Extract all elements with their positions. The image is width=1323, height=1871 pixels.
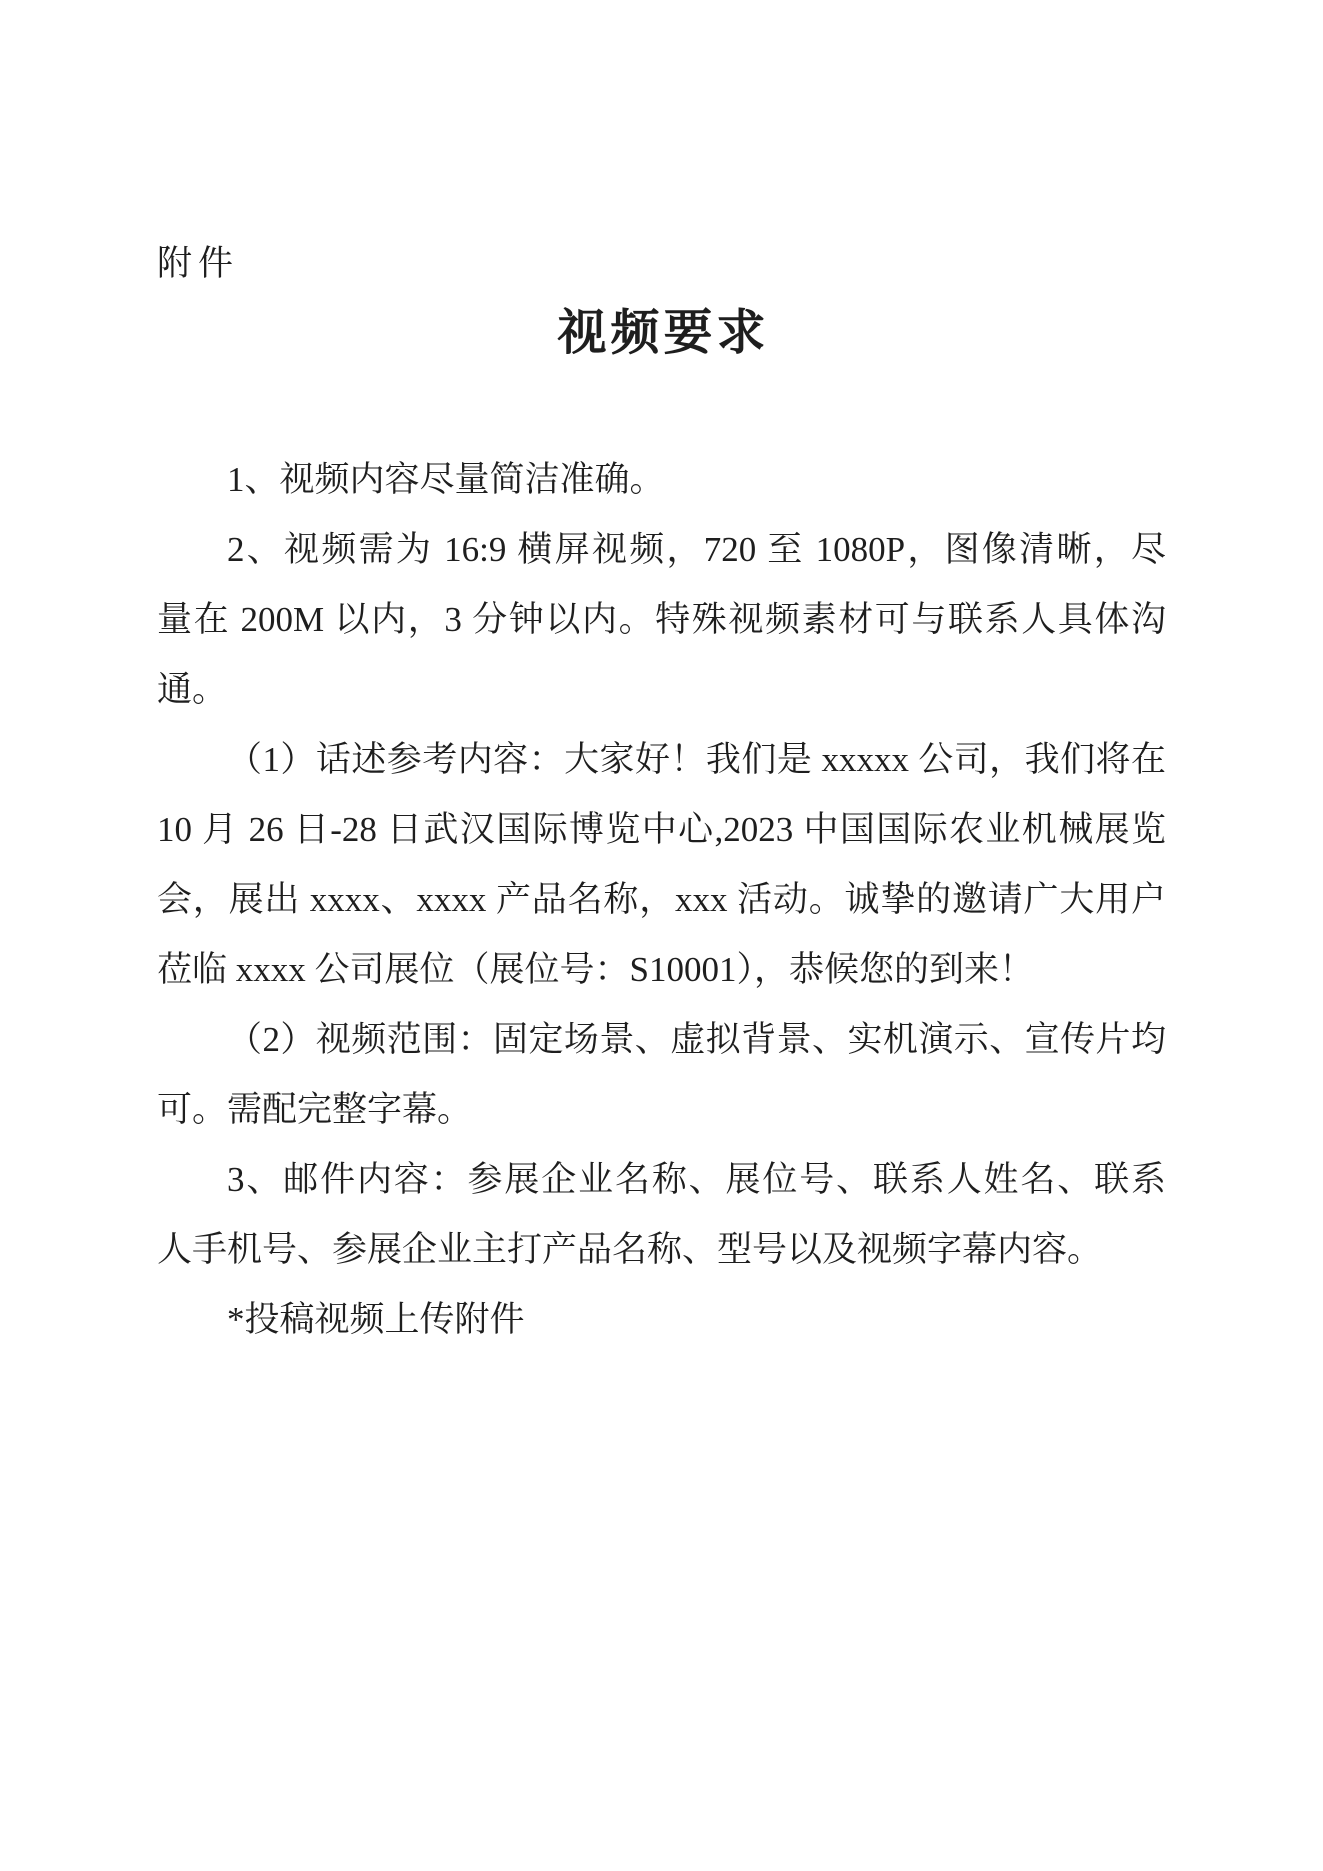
document-body: 1、视频内容尽量简洁准确。 2、视频需为 16:9 横屏视频，720 至 108…	[157, 445, 1166, 1355]
text-line-4: 通。	[157, 655, 1166, 725]
text-line-10: 可。需配完整字幕。	[157, 1075, 1166, 1145]
text-line-9: （2）视频范围：固定场景、虚拟背景、实机演示、宣传片均	[157, 1005, 1166, 1075]
text-line-1: 1、视频内容尽量简洁准确。	[157, 445, 1166, 515]
text-line-8: 莅临 xxxx 公司展位（展位号：S10001），恭候您的到来！	[157, 935, 1166, 1005]
text-line-7: 会，展出 xxxx、xxxx 产品名称，xxx 活动。诚挚的邀请广大用户	[157, 865, 1166, 935]
text-line-13: *投稿视频上传附件	[157, 1285, 1166, 1355]
text-line-12: 人手机号、参展企业主打产品名称、型号以及视频字幕内容。	[157, 1215, 1166, 1285]
attachment-label: 附件	[157, 243, 239, 285]
text-line-5: （1）话述参考内容：大家好！我们是 xxxxx 公司，我们将在	[157, 725, 1166, 795]
text-line-3: 量在 200M 以内，3 分钟以内。特殊视频素材可与联系人具体沟	[157, 585, 1166, 655]
text-line-11: 3、邮件内容：参展企业名称、展位号、联系人姓名、联系	[157, 1145, 1166, 1215]
text-line-2: 2、视频需为 16:9 横屏视频，720 至 1080P，图像清晰，尽	[157, 515, 1166, 585]
document-page: 附件 视频要求 1、视频内容尽量简洁准确。 2、视频需为 16:9 横屏视频，7…	[0, 0, 1323, 1871]
text-line-6: 10 月 26 日-28 日武汉国际博览中心,2023 中国国际农业机械展览	[157, 795, 1166, 865]
document-title: 视频要求	[0, 302, 1323, 363]
